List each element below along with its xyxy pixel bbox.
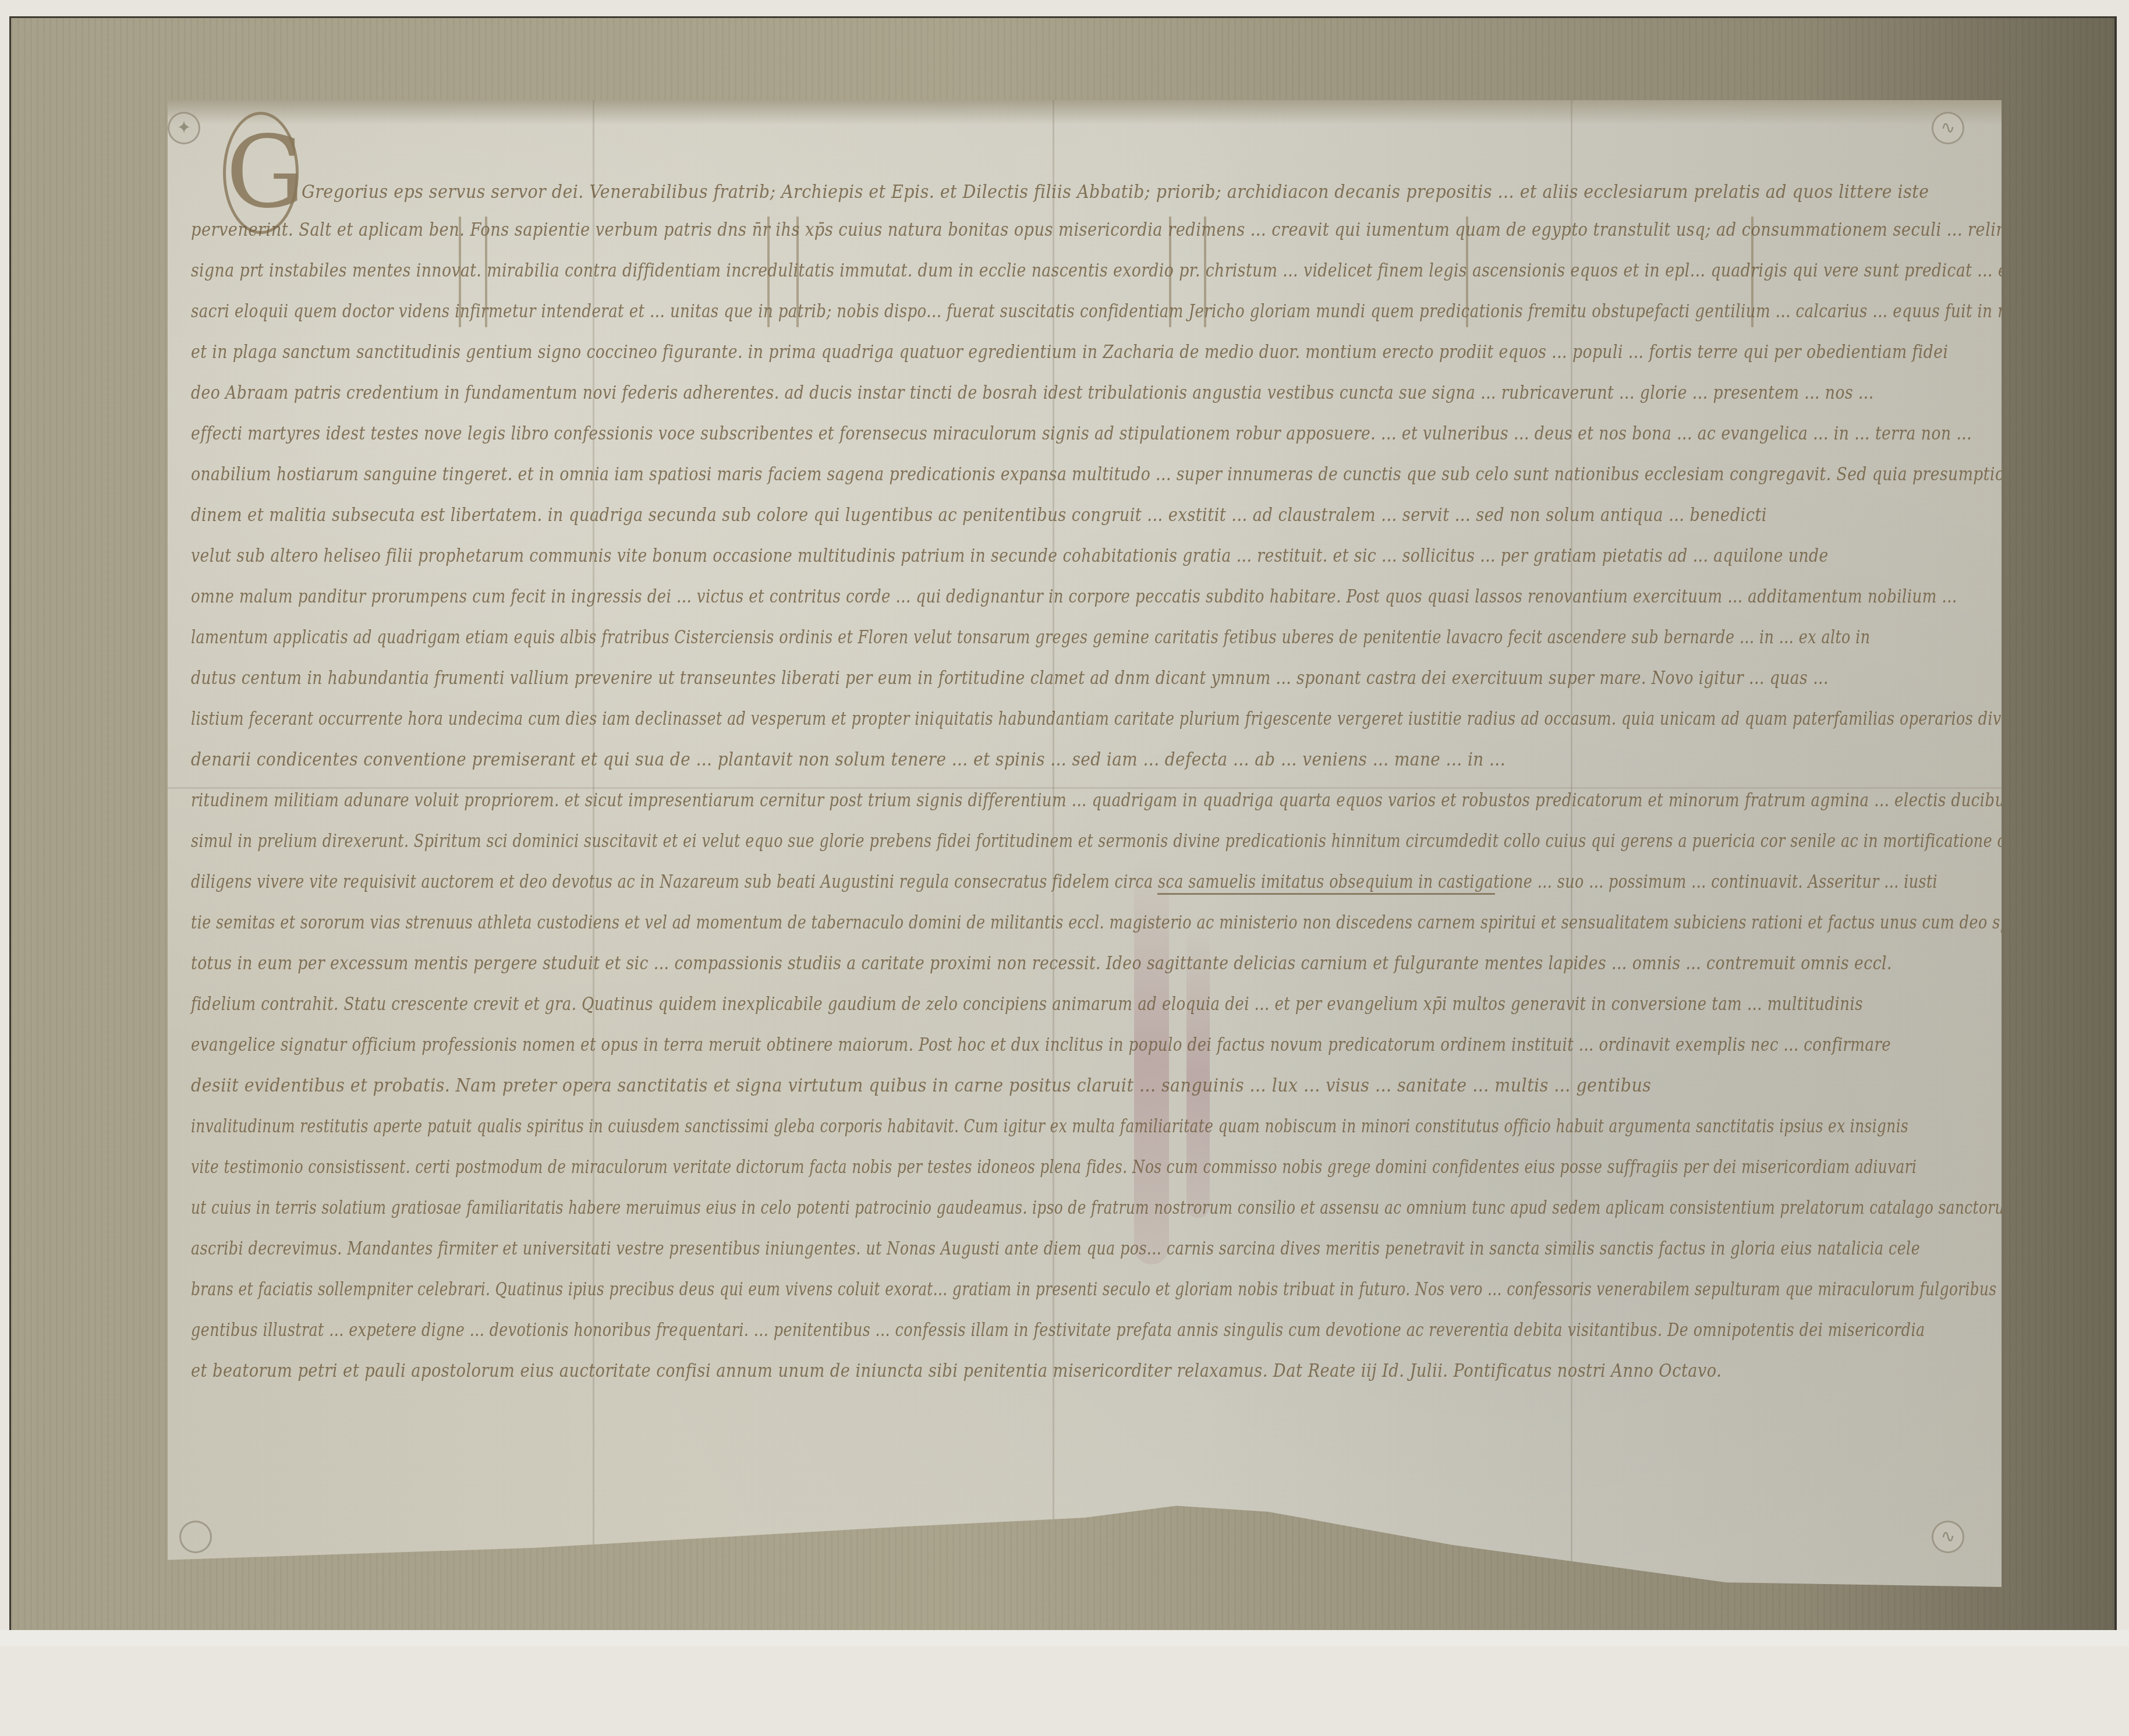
pin-hole-icon: ∿ <box>1932 1521 1964 1553</box>
parchment-document: ✦ ∿ ∿ G Gregorius eps servus servor dei.… <box>168 100 2002 1605</box>
text-line: vite testimonio consistissent. certi pos… <box>191 1157 1917 1178</box>
text-line: desiit evidentibus et probatis. Nam pret… <box>191 1075 1651 1096</box>
text-line: onabilium hostiarum sanguine tingeret. e… <box>191 464 2025 485</box>
text-line: simul in prelium direxerunt. Spiritum sc… <box>191 831 2045 852</box>
text-line: gentibus illustrat ... expetere digne ..… <box>191 1320 1925 1341</box>
text-line: denarii condicentes conventione premiser… <box>191 749 1505 770</box>
text-line: omne malum panditur prorumpens cum fecit… <box>191 586 1957 607</box>
text-line: effecti martyres idest testes nove legis… <box>191 423 1972 444</box>
text-line: lamentum applicatis ad quadrigam etiam e… <box>191 627 1871 648</box>
text-line: totus in eum per excessum mentis pergere… <box>191 953 1892 974</box>
text-line: fidelium contrahit. Statu crescente crev… <box>191 994 1863 1015</box>
text-underline <box>1157 893 1495 895</box>
text-line: tie semitas et sororum vias strenuus ath… <box>191 912 2051 933</box>
text-line: deo Abraam patris credentium in fundamen… <box>191 382 1874 403</box>
fold-line <box>168 787 2002 789</box>
pin-hole-icon: ∿ <box>1932 112 1964 144</box>
text-line: ascribi decrevimus. Mandantes firmiter e… <box>191 1238 1920 1259</box>
text-line: ritudinem militiam adunare voluit propri… <box>191 790 2013 811</box>
outer-border <box>0 1630 2129 1646</box>
text-line: dutus centum in habundantia frumenti val… <box>191 668 1829 689</box>
text-line: diligens vivere vite requisivit auctorem… <box>191 871 1937 892</box>
pin-hole-icon: ✦ <box>168 112 200 144</box>
text-line: pervenerint. Salt et aplicam ben. Fons s… <box>191 219 2129 240</box>
text-line: listium fecerant occurrente hora undecim… <box>191 708 2058 729</box>
text-line: dinem et malitia subsecuta est libertate… <box>191 505 1767 526</box>
text-line: et beatorum petri et pauli apostolorum e… <box>191 1361 1721 1381</box>
text-line: signa prt instabiles mentes innovat. mir… <box>191 260 2050 281</box>
text-line: invalitudinum restitutis aperte patuit q… <box>191 1116 1908 1137</box>
parchment-top-shadow <box>168 100 2002 125</box>
text-line: ut cuius in terris solatium gratiosae fa… <box>191 1198 2018 1218</box>
text-line: Gregorius eps servus servor dei. Venerab… <box>302 182 1929 203</box>
text-line: evangelice signatur officium professioni… <box>191 1034 1891 1055</box>
photograph: ✦ ∿ ∿ G Gregorius eps servus servor dei.… <box>0 0 2129 1646</box>
text-line: et in plaga sanctum sanctitudinis gentiu… <box>191 342 1948 363</box>
text-line: velut sub altero heliseo filii prophetar… <box>191 545 1829 566</box>
illuminated-initial: G <box>223 112 299 234</box>
pin-hole-icon <box>179 1521 212 1553</box>
text-line: brans et faciatis sollempniter celebrari… <box>191 1279 1997 1300</box>
text-line: sacri eloquii quem doctor videns infirme… <box>191 301 2084 322</box>
